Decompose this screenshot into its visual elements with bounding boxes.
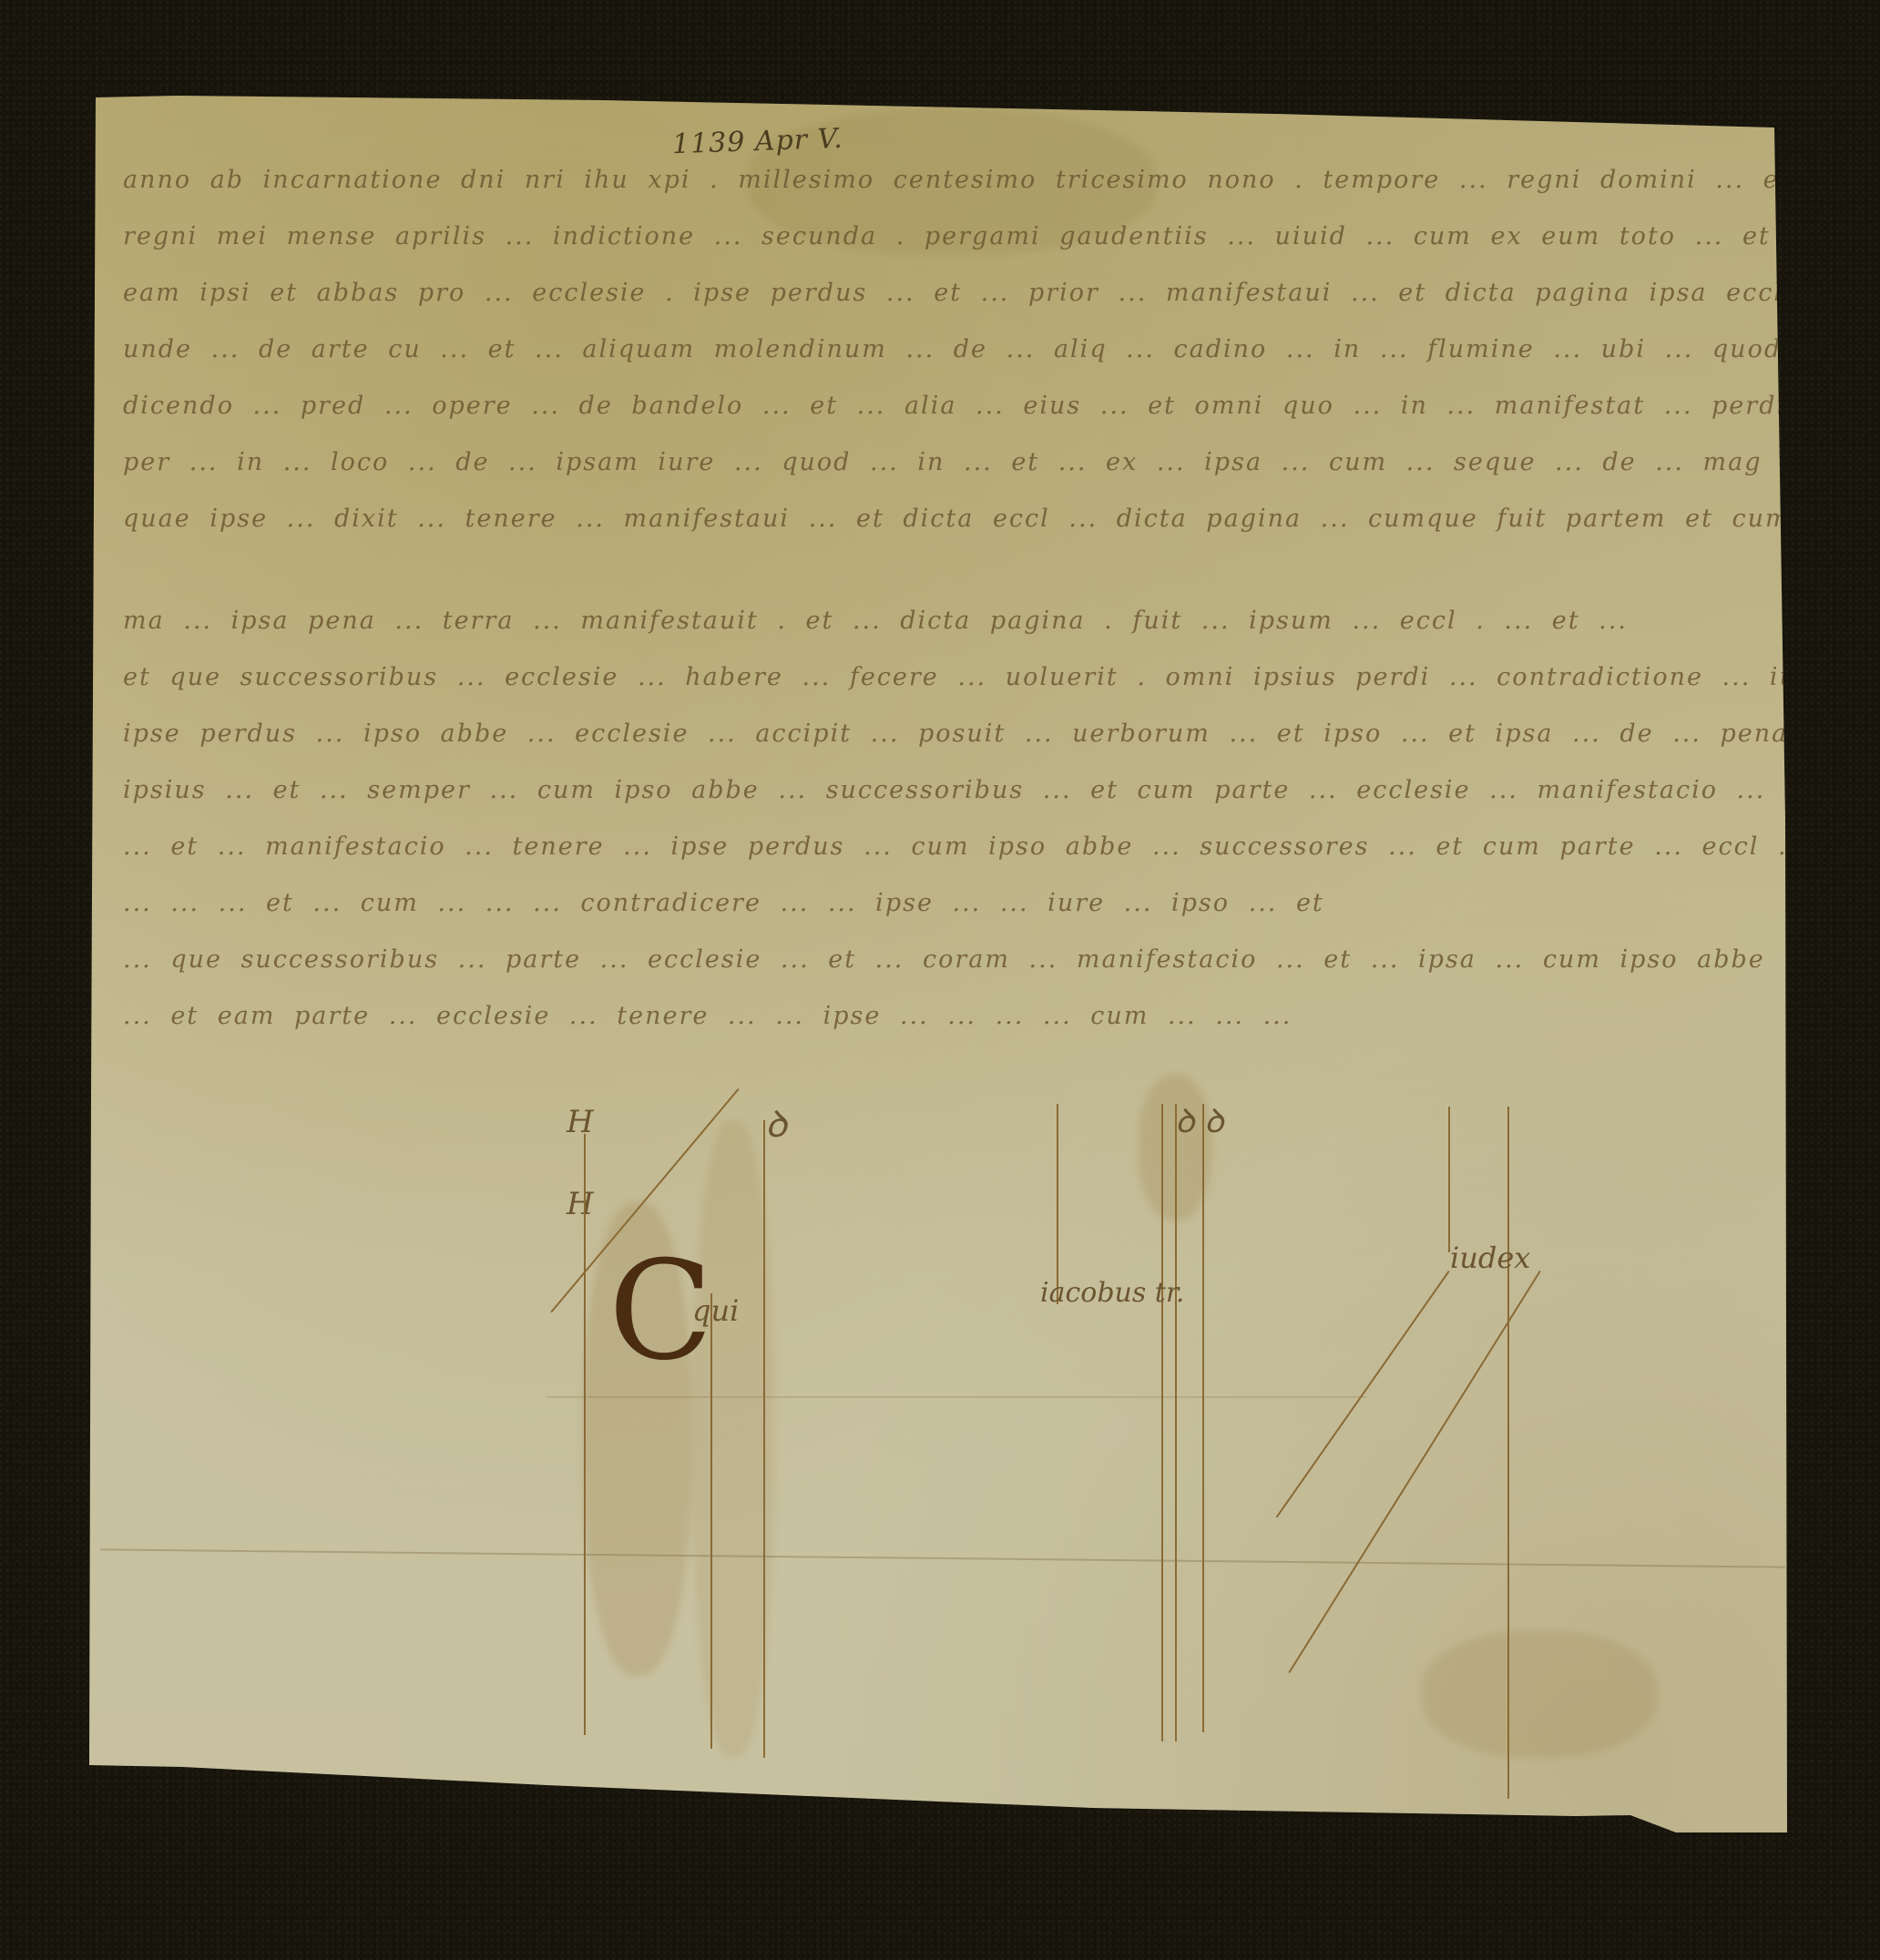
signum-stroke — [1057, 1104, 1058, 1304]
text-line: unde ... de arte cu ... et ... aliquam m… — [123, 335, 1782, 363]
signum-diagonal — [1276, 1271, 1450, 1517]
text-line: dicendo ... pred ... opere ... de bandel… — [123, 392, 1880, 420]
text-line: ipsius ... et ... semper ... cum ipso ab… — [123, 776, 1876, 804]
text-line: ... et ... manifestacio ... tenere ... i… — [123, 832, 1880, 861]
text-line: quae ipse ... dixit ... tenere ... manif… — [123, 505, 1880, 533]
notary-mark: ꝺ — [1175, 1097, 1195, 1142]
signum-stroke — [1507, 1107, 1509, 1799]
parchment-sheet: 1139 Apr V. anno ab incarnatione dni nri… — [0, 0, 1880, 1960]
signum-stroke — [1448, 1107, 1450, 1252]
signature-iudex: iudex — [1450, 1240, 1530, 1275]
text-line: ... et eam parte ... ecclesie ... tenere… — [123, 1002, 1292, 1030]
signature-iacobus: iacobus tr. — [1040, 1277, 1184, 1309]
fold-crease — [100, 1548, 1785, 1567]
signum-mark-1: H — [567, 1104, 594, 1140]
signum-stroke — [584, 1134, 586, 1735]
text-line: ipse perdus ... ipso abbe ... ecclesie .… — [123, 720, 1836, 748]
text-line: eam ipsi et abbas pro ... ecclesie . ips… — [123, 279, 1880, 307]
signum-diagonal — [1288, 1271, 1540, 1673]
text-line: regni mei mense aprilis ... indictione .… — [123, 222, 1880, 250]
initial-suffix: qui — [692, 1293, 739, 1328]
signum-mark-2: H — [567, 1186, 594, 1222]
text-line: et que successoribus ... ecclesie ... ha… — [123, 663, 1880, 691]
text-line: ... que successoribus ... parte ... eccl… — [123, 945, 1880, 974]
notary-mark: ꝺ — [765, 1097, 787, 1148]
date-annotation: 1139 Apr V. — [671, 123, 843, 161]
signum-stroke — [1175, 1104, 1177, 1741]
text-line: per ... in ... loco ... de ... ipsam iur… — [123, 448, 1880, 476]
water-stain — [692, 1120, 774, 1758]
water-stain — [1421, 1630, 1658, 1758]
fold-crease — [547, 1396, 1366, 1398]
notary-mark: ꝺ — [1204, 1097, 1224, 1142]
text-line: ... ... ... et ... cum ... ... ... contr… — [123, 889, 1324, 917]
text-line: ma ... ipsa pena ... terra ... manifesta… — [123, 607, 1628, 635]
text-line: anno ab incarnatione dni nri ihu xpi . m… — [123, 166, 1880, 194]
signum-stroke — [710, 1293, 712, 1749]
signum-stroke — [763, 1120, 765, 1758]
signum-stroke — [1202, 1104, 1204, 1732]
signum-stroke — [1161, 1104, 1163, 1741]
